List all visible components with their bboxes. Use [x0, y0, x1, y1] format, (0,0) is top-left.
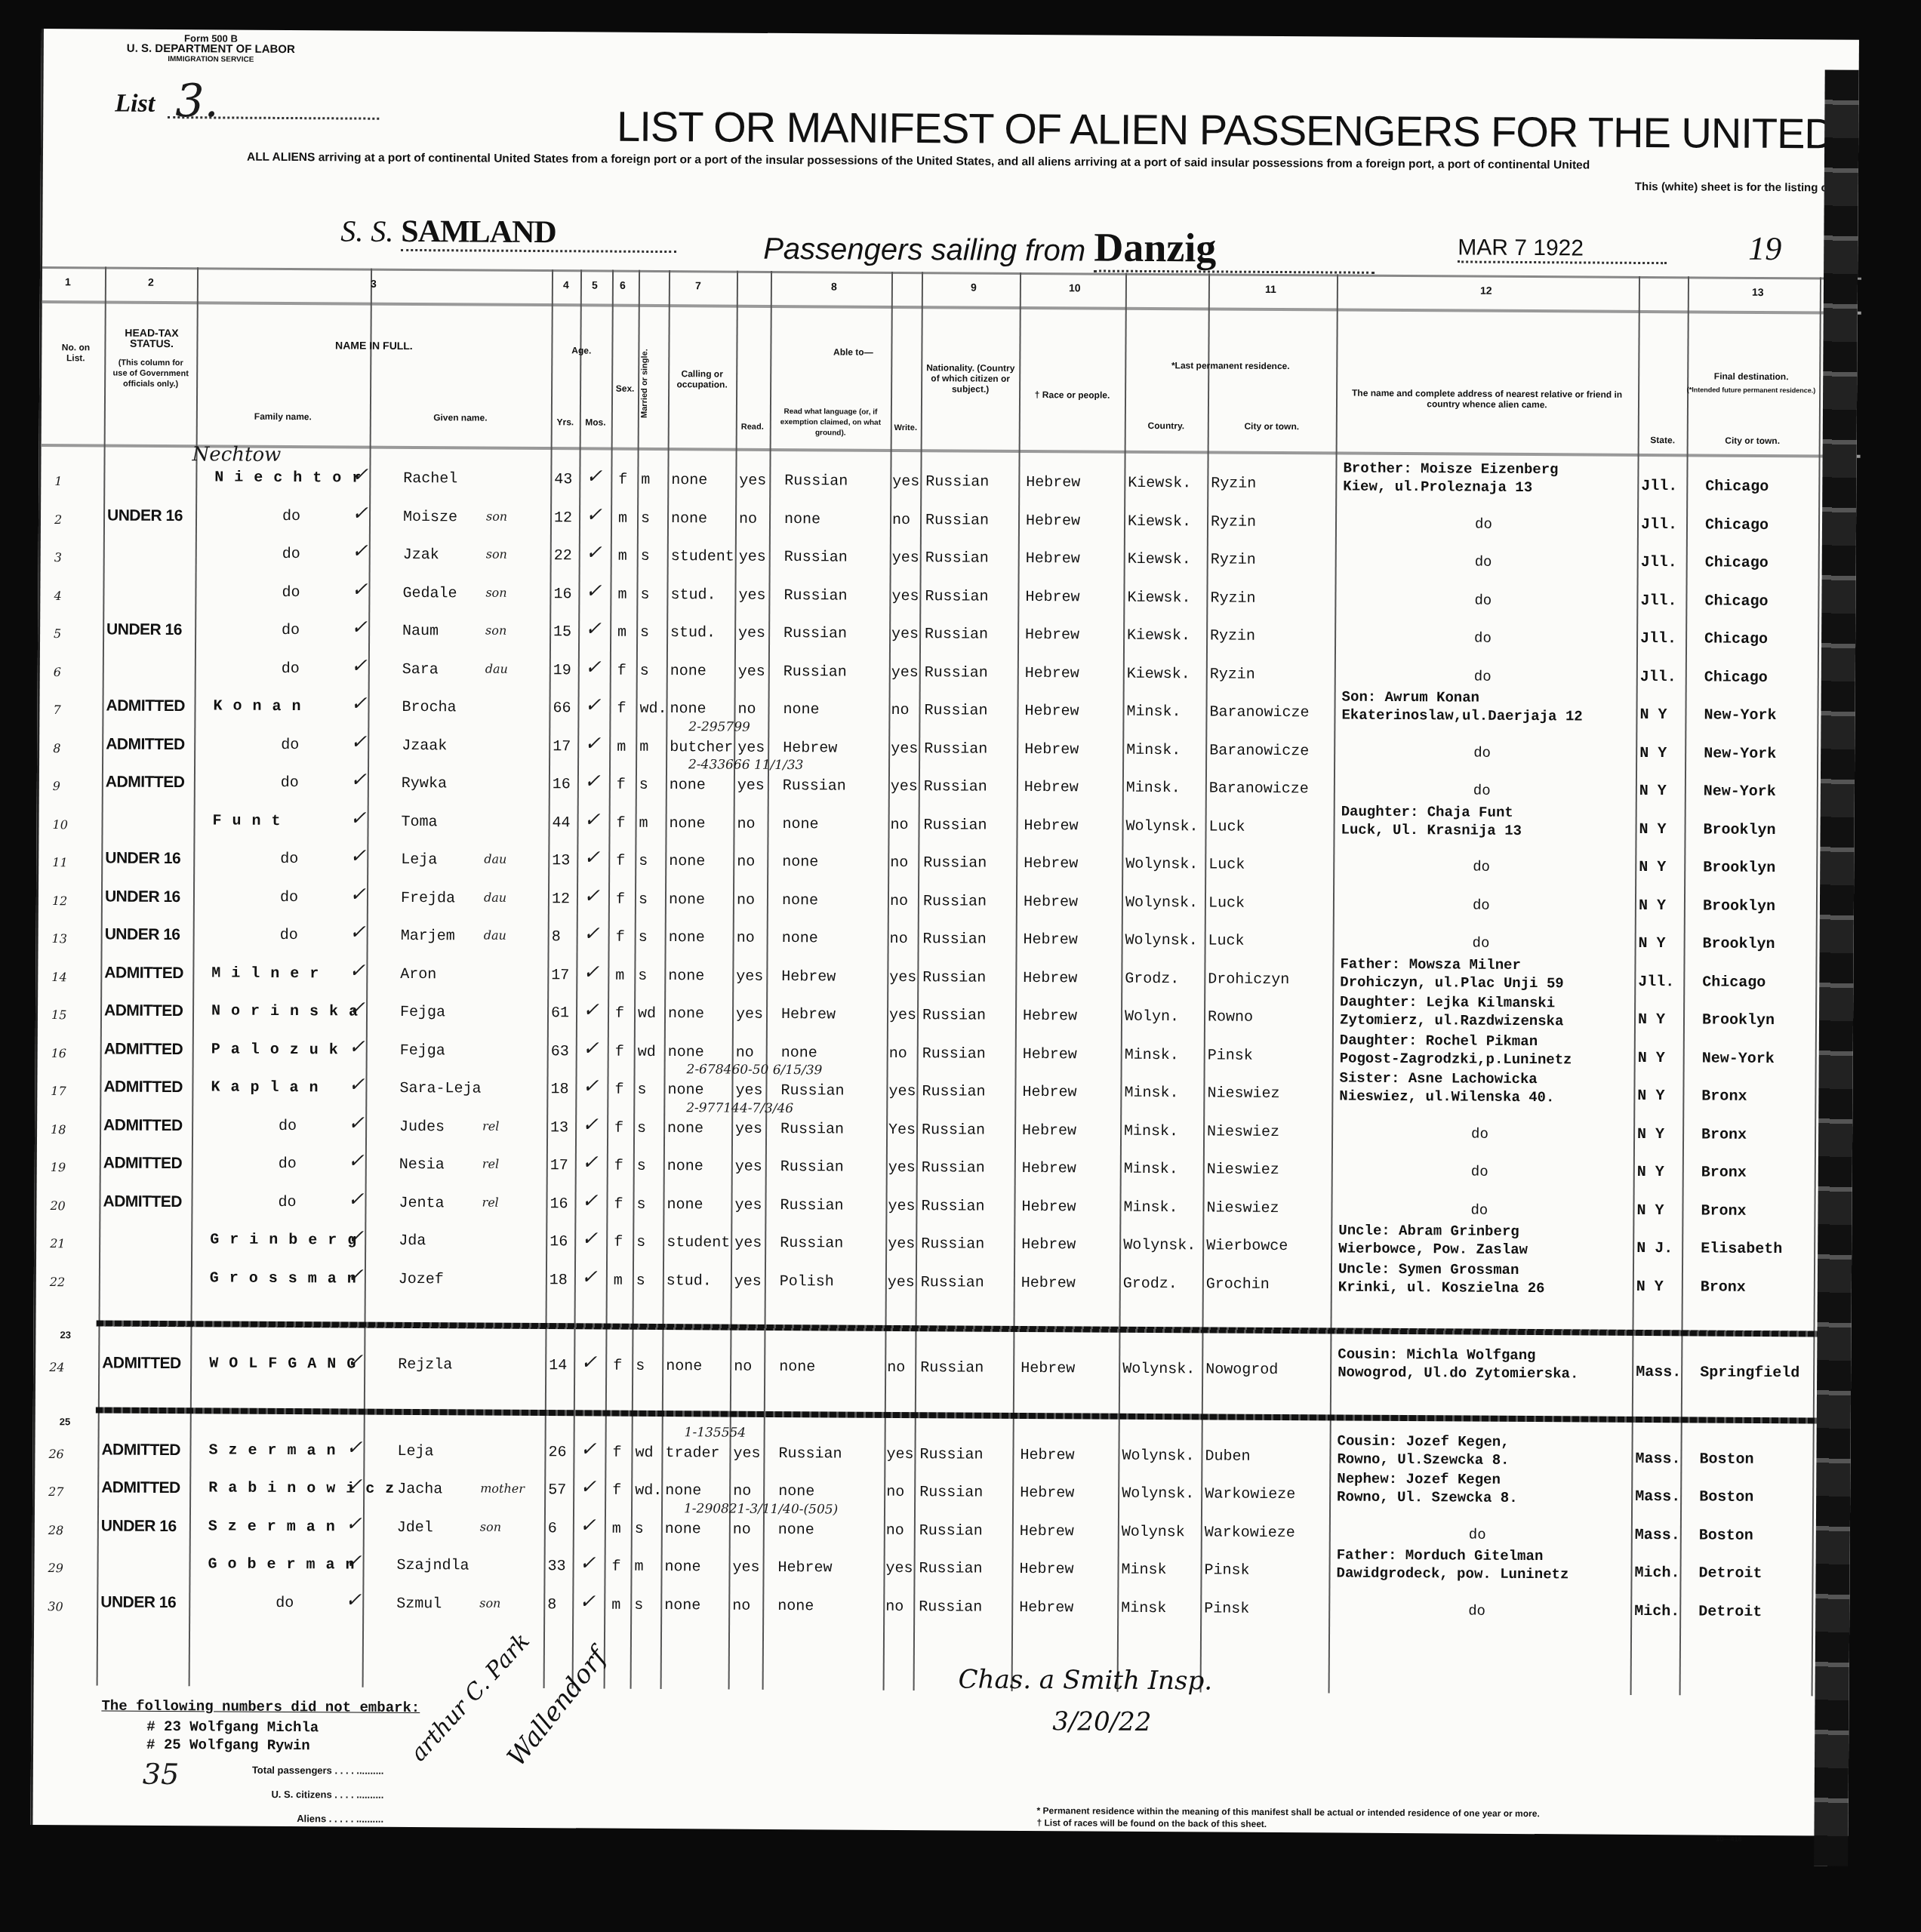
given-name: Jzak [403, 546, 439, 564]
head-tax-status: ADMITTED [102, 1354, 181, 1373]
list-label: List [115, 90, 155, 118]
sex: f [613, 1357, 622, 1374]
aliens-label: Aliens [297, 1813, 326, 1824]
family-name: do [280, 851, 298, 868]
read-language: Russian [783, 625, 847, 643]
occupation: student [667, 1234, 730, 1252]
check-mark-icon: ✓ [585, 617, 602, 640]
check-mark-icon: ✓ [580, 1438, 596, 1460]
residence-city: Warkowieze [1205, 1524, 1295, 1542]
race: Hebrew [1025, 626, 1079, 644]
check-mark-icon: ✓ [349, 959, 365, 982]
read-language: none [778, 1521, 814, 1538]
given-name: Jdel [397, 1518, 433, 1536]
given-name: Rywka [402, 775, 447, 792]
residence-city: Nieswiez [1207, 1161, 1279, 1179]
residence-country: Wolyn. [1125, 1008, 1179, 1026]
residence-city: Duben [1205, 1447, 1250, 1465]
destination-state: N Y [1637, 1164, 1664, 1181]
race: Hebrew [1021, 1236, 1076, 1254]
read-language: none [783, 816, 819, 833]
residence-country: Kiewsk. [1128, 475, 1191, 493]
nationality: Russian [922, 1121, 985, 1140]
nearest-relative: Father: Morduch Gitelman Dawidgrodeck, p… [1336, 1546, 1569, 1584]
not-embarked-entry: # 25 Wolfgang Rywin [146, 1736, 310, 1755]
check-mark-icon: ✓ [352, 464, 368, 487]
nearest-relative: do [1474, 667, 1492, 685]
race: Hebrew [1021, 1274, 1076, 1291]
residence-city: Luck [1208, 818, 1245, 835]
head-tax-status: UNDER 16 [101, 1517, 177, 1536]
sex: m [612, 1520, 621, 1537]
row-number: 18 [51, 1122, 66, 1137]
check-mark-icon: ✓ [350, 731, 367, 753]
residence-country: Grodz. [1125, 970, 1179, 987]
destination-state: Jll. [1640, 592, 1676, 609]
sex: f [616, 891, 625, 908]
destination-state: N J. [1636, 1240, 1673, 1257]
marital-status: s [634, 1596, 643, 1614]
given-name: Leja [397, 1442, 433, 1460]
occupation: none [670, 815, 706, 832]
residence-country: Minsk [1121, 1561, 1166, 1579]
marital-status: s [639, 853, 648, 870]
occupation: none [666, 1358, 702, 1375]
destination-state: Jll. [1640, 668, 1676, 685]
family-name: Palozuk [211, 1041, 349, 1059]
row-number: 29 [48, 1561, 63, 1575]
race: Hebrew [1026, 474, 1080, 491]
can-write: no [891, 816, 909, 833]
residence-country: Kiewsk. [1127, 589, 1190, 607]
can-read: yes [734, 1272, 762, 1290]
nationality: Russian [921, 1235, 984, 1254]
can-read: yes [735, 1120, 762, 1137]
can-write: yes [889, 1007, 916, 1024]
row-number: 17 [51, 1084, 66, 1098]
age-years: 16 [550, 1233, 568, 1251]
residence-city: Pinsk [1208, 1047, 1253, 1064]
race: Hebrew [1023, 1008, 1077, 1025]
age-years: 43 [554, 471, 572, 488]
occupation: none [667, 1081, 703, 1099]
occupation: stud. [670, 586, 716, 604]
can-write: yes [891, 663, 919, 681]
residence-city: Luck [1208, 894, 1245, 912]
destination-city: Brooklyn [1702, 1011, 1775, 1029]
relationship-note: son [485, 585, 506, 599]
marital-status: s [639, 777, 648, 794]
nearest-relative: do [1469, 1525, 1486, 1543]
read-language: Hebrew [781, 968, 836, 986]
family-name: do [281, 774, 299, 792]
given-name: Frejda [401, 889, 455, 906]
age-years: 26 [548, 1444, 566, 1461]
header-able-to: Able to— [736, 346, 970, 358]
header-read-language: Read what language (or, if exemption cla… [772, 407, 889, 439]
residence-country: Minsk. [1124, 1122, 1178, 1140]
check-mark-icon: ✓ [583, 884, 600, 907]
family-name: do [282, 622, 300, 639]
nationality: Russian [924, 702, 987, 720]
occupation: none [669, 929, 705, 946]
marital-status: s [640, 624, 649, 641]
check-mark-icon: ✓ [351, 578, 368, 601]
residence-city: Luck [1208, 856, 1245, 873]
nearest-relative: do [1473, 934, 1490, 952]
not-embarked-heading: The following numbers did not embark: [101, 1697, 420, 1718]
sheet-note: This (white) sheet is for the listing of [1635, 180, 1832, 195]
sex: f [615, 1043, 624, 1060]
can-read: yes [734, 1235, 762, 1252]
destination-city: New-York [1704, 745, 1776, 763]
read-language: Russian [780, 1121, 844, 1139]
marital-status: s [638, 967, 647, 984]
nearest-relative: do [1473, 782, 1491, 800]
check-mark-icon: ✓ [582, 1113, 599, 1136]
sex: f [617, 814, 626, 832]
handwritten-annotation: 2-977144-7/3/46 [686, 1100, 793, 1116]
can-write: yes [888, 1083, 916, 1100]
residence-country: Kiewsk. [1127, 665, 1190, 683]
given-name: Jzaak [402, 737, 447, 754]
struck-out-row [96, 1320, 1847, 1337]
age-years: 17 [553, 738, 571, 755]
read-language: Russian [783, 777, 846, 795]
can-write: yes [888, 1159, 916, 1177]
header-sex: Sex. [612, 383, 638, 394]
row-number: 3 [54, 550, 62, 565]
row-number: 15 [51, 1008, 66, 1022]
check-mark-icon: ✓ [580, 1351, 597, 1374]
sex: f [614, 1158, 623, 1175]
relationship-note: son [480, 1519, 501, 1534]
header-state: State. [1640, 435, 1685, 445]
read-language: none [784, 511, 820, 528]
sex: m [614, 1272, 623, 1289]
destination-state: N Y [1638, 1049, 1665, 1066]
row-number: 6 [54, 665, 61, 679]
passenger-row: 24ADMITTEDWOLFGANGRejzla14fsnonenononeno… [35, 1344, 1855, 1392]
read-language: none [777, 1597, 814, 1614]
column-number: 4 [563, 278, 569, 291]
row-number: 10 [53, 817, 68, 832]
nationality: Russian [919, 1484, 983, 1502]
given-name: Jozef [399, 1270, 444, 1287]
read-language: Russian [778, 1445, 842, 1463]
age-years: 17 [550, 1157, 568, 1174]
row-number: 23 [60, 1329, 71, 1340]
destination-state: N Y [1636, 1278, 1664, 1295]
given-name: Sara-Leja [399, 1080, 481, 1098]
check-mark-icon: ✓ [349, 998, 365, 1020]
check-mark-icon: ✓ [583, 1037, 599, 1060]
read-language: Russian [780, 1197, 843, 1215]
residence-country: Kiewsk. [1127, 627, 1190, 645]
can-read: yes [733, 1444, 760, 1462]
destination-city: Detroit [1698, 1564, 1762, 1583]
residence-country: Wolynsk. [1126, 817, 1199, 835]
nationality: Russian [922, 1007, 986, 1025]
race: Hebrew [1022, 1160, 1076, 1177]
destination-state: Mass. [1635, 1450, 1680, 1467]
residence-city: Warkowieze [1205, 1485, 1295, 1503]
column-number: 1 [65, 275, 71, 288]
race: Hebrew [1022, 1084, 1076, 1101]
rule-colnums [42, 300, 1861, 315]
race: Hebrew [1026, 550, 1080, 568]
relationship-note: dau [484, 852, 506, 866]
check-mark-icon: ✓ [585, 656, 602, 678]
check-mark-icon: ✓ [346, 1550, 362, 1573]
destination-city: Brooklyn [1703, 897, 1775, 915]
header-yrs: Yrs. [552, 417, 579, 427]
row-number: 25 [60, 1416, 71, 1427]
race: Hebrew [1024, 893, 1078, 910]
can-read: yes [732, 1559, 759, 1577]
can-read: yes [739, 549, 766, 566]
family-name: do [280, 888, 298, 906]
residence-city: Ryzin [1210, 589, 1255, 607]
residence-city: Pinsk [1204, 1561, 1249, 1579]
race: Hebrew [1021, 1198, 1076, 1215]
check-mark-icon: ✓ [349, 845, 366, 868]
check-mark-icon: ✓ [581, 1266, 598, 1288]
occupation: none [667, 1196, 703, 1214]
sex: f [617, 662, 626, 679]
destination-city: Bronx [1701, 1164, 1747, 1181]
read-language: none [783, 701, 819, 718]
check-mark-icon: ✓ [350, 807, 367, 829]
sex: f [615, 1005, 624, 1023]
column-number: 6 [620, 279, 626, 291]
marital-status: wd. [635, 1482, 662, 1500]
destination-city: Boston [1699, 1488, 1753, 1506]
destination-state: N Y [1639, 744, 1667, 761]
check-mark-icon: ✓ [580, 1552, 596, 1574]
header-nearest-relative: The name and complete address of nearest… [1347, 388, 1627, 411]
can-write: yes [886, 1445, 913, 1463]
family-name: do [279, 1155, 297, 1173]
residence-city: Rowno [1208, 1008, 1253, 1026]
residence-city: Ryzin [1211, 513, 1256, 531]
header-married-single: Married or single. [639, 331, 667, 436]
nearest-relative: do [1468, 1601, 1485, 1620]
nearest-relative: Daughter: Rochel Pikman Pogost-Zagrodzki… [1340, 1031, 1572, 1069]
read-language: Hebrew [783, 740, 837, 757]
residence-country: Wolynsk. [1125, 932, 1198, 950]
can-write: yes [888, 1197, 915, 1214]
column-number: 5 [592, 278, 598, 291]
nearest-relative: do [1475, 553, 1492, 571]
can-read: yes [735, 1082, 762, 1100]
sex: m [617, 586, 626, 603]
header-write: Write. [891, 423, 920, 433]
relationship-note: son [486, 547, 507, 561]
race: Hebrew [1024, 779, 1079, 796]
relationship-note: son [485, 623, 506, 638]
given-name: Fejga [400, 1041, 445, 1059]
occupation: none [670, 663, 707, 680]
nearest-relative: Brother: Moisze Eizenberg Kiew, ul.Prole… [1343, 460, 1558, 497]
nationality: Russian [922, 1083, 985, 1101]
header-given-name: Given name. [374, 412, 547, 423]
header-calling: Calling or occupation. [672, 368, 732, 389]
read-language: none [778, 1483, 814, 1500]
given-name: Szmul [396, 1595, 442, 1612]
destination-city: Bronx [1701, 1202, 1746, 1220]
nearest-relative: Daughter: Chaja Funt Luck, Ul. Krasnija … [1341, 802, 1522, 839]
check-mark-icon: ✓ [586, 503, 602, 526]
marital-status: s [640, 662, 649, 679]
can-write: no [890, 854, 908, 872]
read-language: Hebrew [781, 1006, 836, 1023]
check-mark-icon: ✓ [585, 580, 602, 602]
destination-city: Boston [1699, 1527, 1753, 1544]
inspector-signature: Chas. a Smith Insp. [959, 1664, 1213, 1696]
handwritten-annotation: 1-135554 [685, 1425, 747, 1440]
relationship-note: son [479, 1595, 500, 1610]
family-name: do [282, 546, 300, 563]
age-years: 6 [548, 1520, 557, 1537]
check-mark-icon: ✓ [346, 1512, 362, 1535]
row-number: 30 [48, 1599, 63, 1614]
residence-country: Kiewsk. [1128, 551, 1191, 569]
race: Hebrew [1024, 817, 1079, 834]
header-read: Read. [737, 422, 768, 432]
occupation: none [668, 1044, 704, 1061]
read-language: Polish [780, 1273, 834, 1291]
given-name: Gedale [402, 584, 457, 601]
can-write: no [887, 1358, 905, 1376]
totals-block: Total passengers . . . . .......... U. S… [251, 1758, 383, 1832]
destination-state: N Y [1639, 935, 1666, 952]
header-family-name: Family name. [204, 411, 362, 422]
residence-city: Grochin [1206, 1275, 1270, 1294]
handwritten-annotation: 2-295799 [688, 719, 750, 734]
residence-country: Grodz. [1123, 1275, 1178, 1292]
family-name: do [279, 1117, 297, 1134]
family-name: WOLFGANG [209, 1355, 366, 1373]
row-number: 24 [49, 1360, 64, 1374]
family-name: Kaplan [211, 1078, 328, 1097]
check-mark-icon: ✓ [348, 1112, 365, 1134]
residence-city: Luck [1208, 932, 1245, 949]
read-language: none [782, 854, 818, 871]
marital-status: s [641, 548, 650, 565]
can-write: yes [891, 587, 919, 605]
nationality: Russian [919, 1560, 982, 1578]
can-write: no [890, 931, 908, 948]
read-language: Russian [784, 549, 848, 567]
check-mark-icon: ✓ [584, 770, 601, 792]
given-name: Rachel [403, 470, 457, 488]
age-years: 14 [549, 1357, 567, 1374]
residence-city: Ryzin [1211, 475, 1256, 492]
nationality: Russian [925, 512, 989, 530]
check-mark-icon: ✓ [345, 1589, 362, 1611]
relationship-note: rel [482, 1195, 498, 1209]
residence-city: Ryzin [1210, 627, 1255, 645]
print-code: 10—418 [1716, 1833, 1741, 1845]
occupation: none [671, 472, 707, 489]
sex: f [614, 1119, 623, 1137]
form-identifier: Form 500 B U. S. DEPARTMENT OF LABOR IMM… [127, 33, 295, 66]
residence-country: Minsk. [1126, 780, 1181, 797]
head-tax-status: ADMITTED [103, 1155, 183, 1174]
given-name: Leja [401, 851, 437, 869]
destination-city: Bronx [1701, 1126, 1747, 1143]
destination-city: Chicago [1704, 669, 1768, 687]
head-tax-status: ADMITTED [103, 1192, 182, 1211]
head-tax-status: UNDER 16 [100, 1593, 176, 1612]
destination-city: Boston [1699, 1451, 1753, 1468]
family-name: Niechtor [214, 469, 371, 487]
signature-date: 3/20/22 [1052, 1706, 1151, 1737]
check-mark-icon: ✓ [581, 1189, 598, 1212]
occupation: none [667, 1158, 703, 1175]
check-mark-icon: ✓ [348, 1074, 365, 1097]
can-read: no [739, 510, 757, 528]
age-years: 33 [547, 1558, 565, 1575]
read-language: none [782, 892, 818, 909]
destination-state: N Y [1639, 783, 1667, 800]
nationality: Russian [925, 588, 988, 606]
nearest-relative: do [1474, 591, 1492, 609]
check-mark-icon: ✓ [583, 998, 599, 1021]
head-tax-status: UNDER 16 [105, 850, 180, 869]
marital-status: s [637, 1081, 646, 1099]
row-number: 1 [54, 474, 62, 488]
nearest-relative: Uncle: Symen Grossman Krinki, ul. Koszie… [1338, 1260, 1545, 1297]
nationality: Russian [919, 1446, 983, 1464]
nearest-relative: Cousin: Michla Wolfgang Nowogrod, Ul.do … [1338, 1345, 1579, 1383]
can-read: yes [737, 739, 765, 756]
family-name: Szerman [208, 1518, 346, 1536]
check-mark-icon: ✓ [583, 922, 600, 945]
age-years: 16 [550, 1195, 568, 1213]
read-language: Russian [784, 472, 848, 491]
family-name: do [281, 736, 299, 753]
marital-status: s [636, 1195, 645, 1213]
given-name: Jenta [399, 1194, 444, 1211]
destination-state: Jll. [1641, 515, 1677, 533]
age-years: 17 [551, 967, 569, 984]
marital-status: s [637, 1119, 646, 1137]
can-write: yes [891, 778, 918, 795]
can-write: yes [889, 968, 916, 986]
destination-state: Mich. [1634, 1564, 1679, 1582]
race: Hebrew [1019, 1561, 1073, 1578]
can-write: no [886, 1484, 904, 1501]
residence-city: Drohiczyn [1208, 971, 1289, 989]
head-tax-status: ADMITTED [101, 1479, 180, 1498]
age-years: 22 [554, 547, 572, 565]
family-name: Goberman [208, 1555, 365, 1574]
race: Hebrew [1020, 1446, 1074, 1463]
age-years: 18 [550, 1272, 568, 1289]
can-write: no [889, 1044, 907, 1062]
nationality: Russian [924, 817, 987, 835]
can-read: yes [737, 777, 765, 795]
can-read: no [734, 1358, 752, 1375]
occupation: none [671, 510, 707, 528]
marital-status: wd. [639, 700, 667, 718]
occupation: none [670, 777, 706, 794]
check-mark-icon: ✓ [346, 1349, 363, 1372]
given-name: Jda [399, 1232, 426, 1250]
occupation: none [664, 1558, 700, 1576]
